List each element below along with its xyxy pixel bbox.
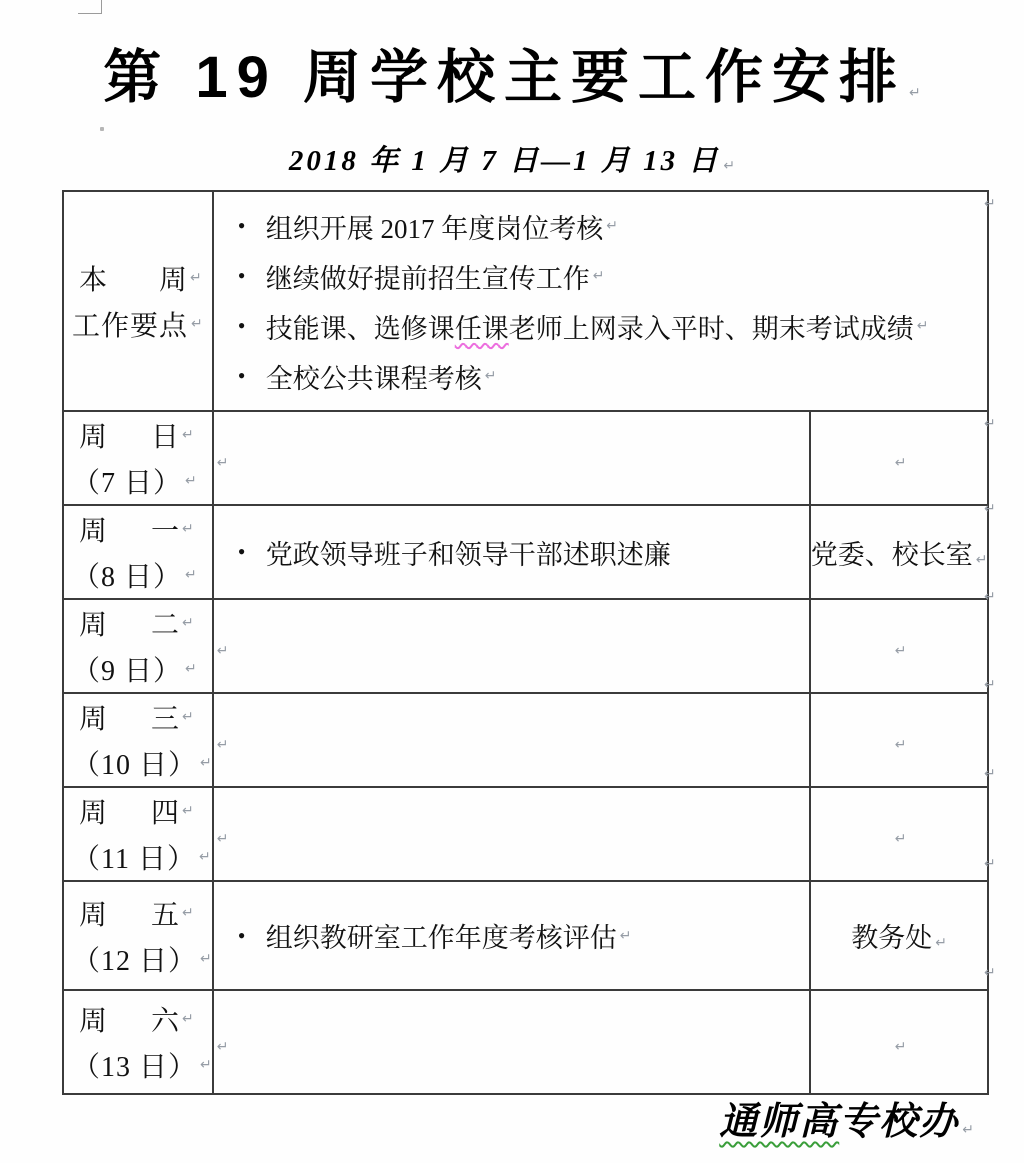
schedule-table: 本 周 ↵ 工作要点↵ •组织开展 2017 年度岗位考核↵ •继续做好提前招生… [62, 190, 989, 1095]
department-cell: ↵ [810, 787, 989, 881]
paragraph-mark-icon: ↵ [182, 709, 194, 725]
department-cell: ↵ [810, 693, 989, 787]
table-row-sunday: 周日↵ （7 日）↵ ↵ ↵ [63, 411, 988, 505]
paragraph-mark-icon: ↵ [593, 268, 605, 284]
paragraph-mark-icon: ↵ [217, 455, 229, 471]
paragraph-mark-icon: ↵ [182, 1011, 194, 1027]
paragraph-mark-icon: ↵ [200, 1057, 212, 1073]
paragraph-mark-icon: ↵ [185, 567, 197, 583]
paragraph-mark-icon: ↵ [217, 831, 229, 847]
paragraph-mark-icon: ↵ [182, 905, 194, 921]
day-label-cell: 周六↵ （13 日）↵ [63, 990, 213, 1094]
paragraph-mark-icon: ↵ [935, 935, 947, 951]
paragraph-mark-icon: ↵ [182, 615, 194, 631]
bullet-item: •组织开展 2017 年度岗位考核↵ [214, 201, 988, 251]
paragraph-mark-icon: ↵ [191, 316, 203, 332]
department-cell: ↵ [810, 411, 989, 505]
paragraph-mark-icon: ↵ [895, 643, 907, 659]
bullet-item: •继续做好提前招生宣传工作↵ [214, 251, 988, 301]
text-boundary-corner-icon [78, 0, 102, 14]
bullet-text: 组织开展 2017 年度岗位考核 [266, 207, 604, 246]
paragraph-mark-icon: ↵ [962, 1122, 974, 1138]
day-char: 周 [79, 509, 107, 549]
row-end-mark-icon: ↵ [984, 501, 996, 517]
day-char: 周 [79, 603, 107, 643]
document-page: 第 19 周学校主要工作安排↵ 2018 年 1 月 7 日—1 月 13 日↵… [0, 0, 1024, 1163]
day-char: 周 [79, 697, 107, 737]
stray-mark [100, 127, 104, 131]
label-text: 工作要点 [72, 304, 188, 344]
paragraph-mark-icon: ↵ [190, 270, 202, 286]
day-char: 六 [151, 999, 179, 1039]
signature: 通师高专校办↵ [719, 1090, 974, 1145]
task-text: 组织教研室工作年度考核评估 [266, 916, 617, 955]
day-date: （10 日） [72, 743, 197, 783]
day-char: 周 [79, 999, 107, 1039]
page-title: 第 19 周学校主要工作安排↵ [0, 30, 1024, 114]
day-char: 二 [151, 603, 179, 643]
day-date: （11 日） [72, 837, 196, 877]
week-summary-label-cell: 本 周 ↵ 工作要点↵ [63, 191, 213, 411]
paragraph-mark-icon: ↵ [200, 755, 212, 771]
paragraph-mark-icon: ↵ [185, 473, 197, 489]
table-row-summary: 本 周 ↵ 工作要点↵ •组织开展 2017 年度岗位考核↵ •继续做好提前招生… [63, 191, 988, 411]
signature-text: 专校办 [839, 1101, 959, 1143]
bullet-item: •全校公共课程考核↵ [214, 351, 988, 401]
paragraph-mark-icon: ↵ [895, 455, 907, 471]
page-title-text: 第 19 周学校主要工作安排 [103, 45, 906, 110]
row-end-mark-icon: ↵ [984, 416, 996, 432]
row-end-mark-icon: ↵ [984, 766, 996, 782]
paragraph-mark-icon: ↵ [185, 661, 197, 677]
bullet-item: •技能课、选修课任课老师上网录入平时、期末考试成绩↵ [214, 301, 988, 351]
paragraph-mark-icon: ↵ [217, 737, 229, 753]
paragraph-mark-icon: ↵ [606, 218, 618, 234]
row-end-mark-icon: ↵ [984, 965, 996, 981]
paragraph-mark-icon: ↵ [182, 427, 194, 443]
paragraph-mark-icon: ↵ [895, 737, 907, 753]
task-cell: ↵ [213, 990, 810, 1094]
bullet-icon: • [238, 923, 266, 949]
day-label-cell: 周二↵ （9 日）↵ [63, 599, 213, 693]
table-row-monday: 周一↵ （8 日）↵ •党政领导班子和领导干部述职述廉 党委、校长室↵ [63, 505, 988, 599]
table-row-friday: 周五↵ （12 日）↵ •组织教研室工作年度考核评估↵ 教务处↵ [63, 881, 988, 990]
task-cell: ↵ [213, 411, 810, 505]
department-text: 教务处 [851, 923, 932, 953]
label-char: 本 [79, 258, 107, 298]
task-cell: ↵ [213, 599, 810, 693]
day-char: 周 [79, 415, 107, 455]
paragraph-mark-icon: ↵ [620, 928, 632, 944]
date-range: 2018 年 1 月 7 日—1 月 13 日↵ [0, 138, 1024, 179]
paragraph-mark-icon: ↵ [182, 521, 194, 537]
table-row-thursday: 周四↵ （11 日）↵ ↵ ↵ [63, 787, 988, 881]
paragraph-mark-icon: ↵ [199, 849, 211, 865]
paragraph-mark-icon: ↵ [217, 1039, 229, 1055]
date-range-text: 2018 年 1 月 7 日—1 月 13 日 [289, 145, 721, 177]
bullet-text: 全校公共课程考核 [266, 357, 482, 396]
grammar-underline-text: 通师高 [719, 1101, 839, 1143]
department-cell: 党委、校长室↵ [810, 505, 989, 599]
task-cell: ↵ [213, 787, 810, 881]
paragraph-mark-icon: ↵ [895, 1039, 907, 1055]
table-row-tuesday: 周二↵ （9 日）↵ ↵ ↵ [63, 599, 988, 693]
paragraph-mark-icon: ↵ [895, 831, 907, 847]
paragraph-mark-icon: ↵ [723, 158, 735, 174]
row-end-mark-icon: ↵ [984, 677, 996, 693]
row-end-mark-icon: ↵ [984, 196, 996, 212]
day-date: （9 日） [72, 649, 182, 689]
table-row-saturday: 周六↵ （13 日）↵ ↵ ↵ [63, 990, 988, 1094]
paragraph-mark-icon: ↵ [909, 85, 921, 101]
day-char: 日 [151, 415, 179, 455]
day-date: （7 日） [72, 461, 182, 501]
bullet-icon: • [238, 263, 266, 289]
paragraph-mark-icon: ↵ [917, 318, 929, 334]
bullet-text: 技能课、选修课 [266, 307, 455, 346]
paragraph-mark-icon: ↵ [976, 552, 988, 568]
task-cell: •党政领导班子和领导干部述职述廉 [213, 505, 810, 599]
table-row-wednesday: 周三↵ （10 日）↵ ↵ ↵ [63, 693, 988, 787]
spellcheck-underline-text: 任课 [455, 307, 509, 346]
day-char: 三 [151, 697, 179, 737]
bullet-icon: • [238, 213, 266, 239]
paragraph-mark-icon: ↵ [200, 951, 212, 967]
day-label-cell: 周四↵ （11 日）↵ [63, 787, 213, 881]
row-end-mark-icon: ↵ [984, 589, 996, 605]
day-char: 五 [151, 893, 179, 933]
day-date: （12 日） [72, 939, 197, 979]
bullet-icon: • [238, 363, 266, 389]
day-char: 周 [79, 893, 107, 933]
day-char: 周 [79, 791, 107, 831]
day-label-cell: 周一↵ （8 日）↵ [63, 505, 213, 599]
bullet-text: 继续做好提前招生宣传工作 [266, 257, 590, 296]
day-date: （13 日） [72, 1045, 197, 1085]
department-cell: ↵ [810, 990, 989, 1094]
label-line: 本 周 ↵ [64, 255, 212, 301]
day-char: 一 [151, 509, 179, 549]
department-cell: ↵ [810, 599, 989, 693]
label-char: 周 [159, 258, 187, 298]
paragraph-mark-icon: ↵ [182, 803, 194, 819]
label-line: 工作要点↵ [64, 301, 212, 347]
bullet-icon: • [238, 313, 266, 339]
task-cell: •组织教研室工作年度考核评估↵ [213, 881, 810, 990]
week-summary-content-cell: •组织开展 2017 年度岗位考核↵ •继续做好提前招生宣传工作↵ •技能课、选… [213, 191, 989, 411]
task-text: 党政领导班子和领导干部述职述廉 [266, 533, 671, 572]
day-label-cell: 周日↵ （7 日）↵ [63, 411, 213, 505]
department-text: 党委、校长室 [811, 540, 973, 570]
paragraph-mark-icon: ↵ [485, 368, 497, 384]
row-end-mark-icon: ↵ [984, 856, 996, 872]
paragraph-mark-icon: ↵ [217, 643, 229, 659]
bullet-icon: • [238, 539, 266, 565]
day-date: （8 日） [72, 555, 182, 595]
day-label-cell: 周五↵ （12 日）↵ [63, 881, 213, 990]
bullet-text: 老师上网录入平时、期末考试成绩 [509, 307, 914, 346]
department-cell: 教务处↵ [810, 881, 989, 990]
task-cell: ↵ [213, 693, 810, 787]
day-label-cell: 周三↵ （10 日）↵ [63, 693, 213, 787]
day-char: 四 [151, 791, 179, 831]
